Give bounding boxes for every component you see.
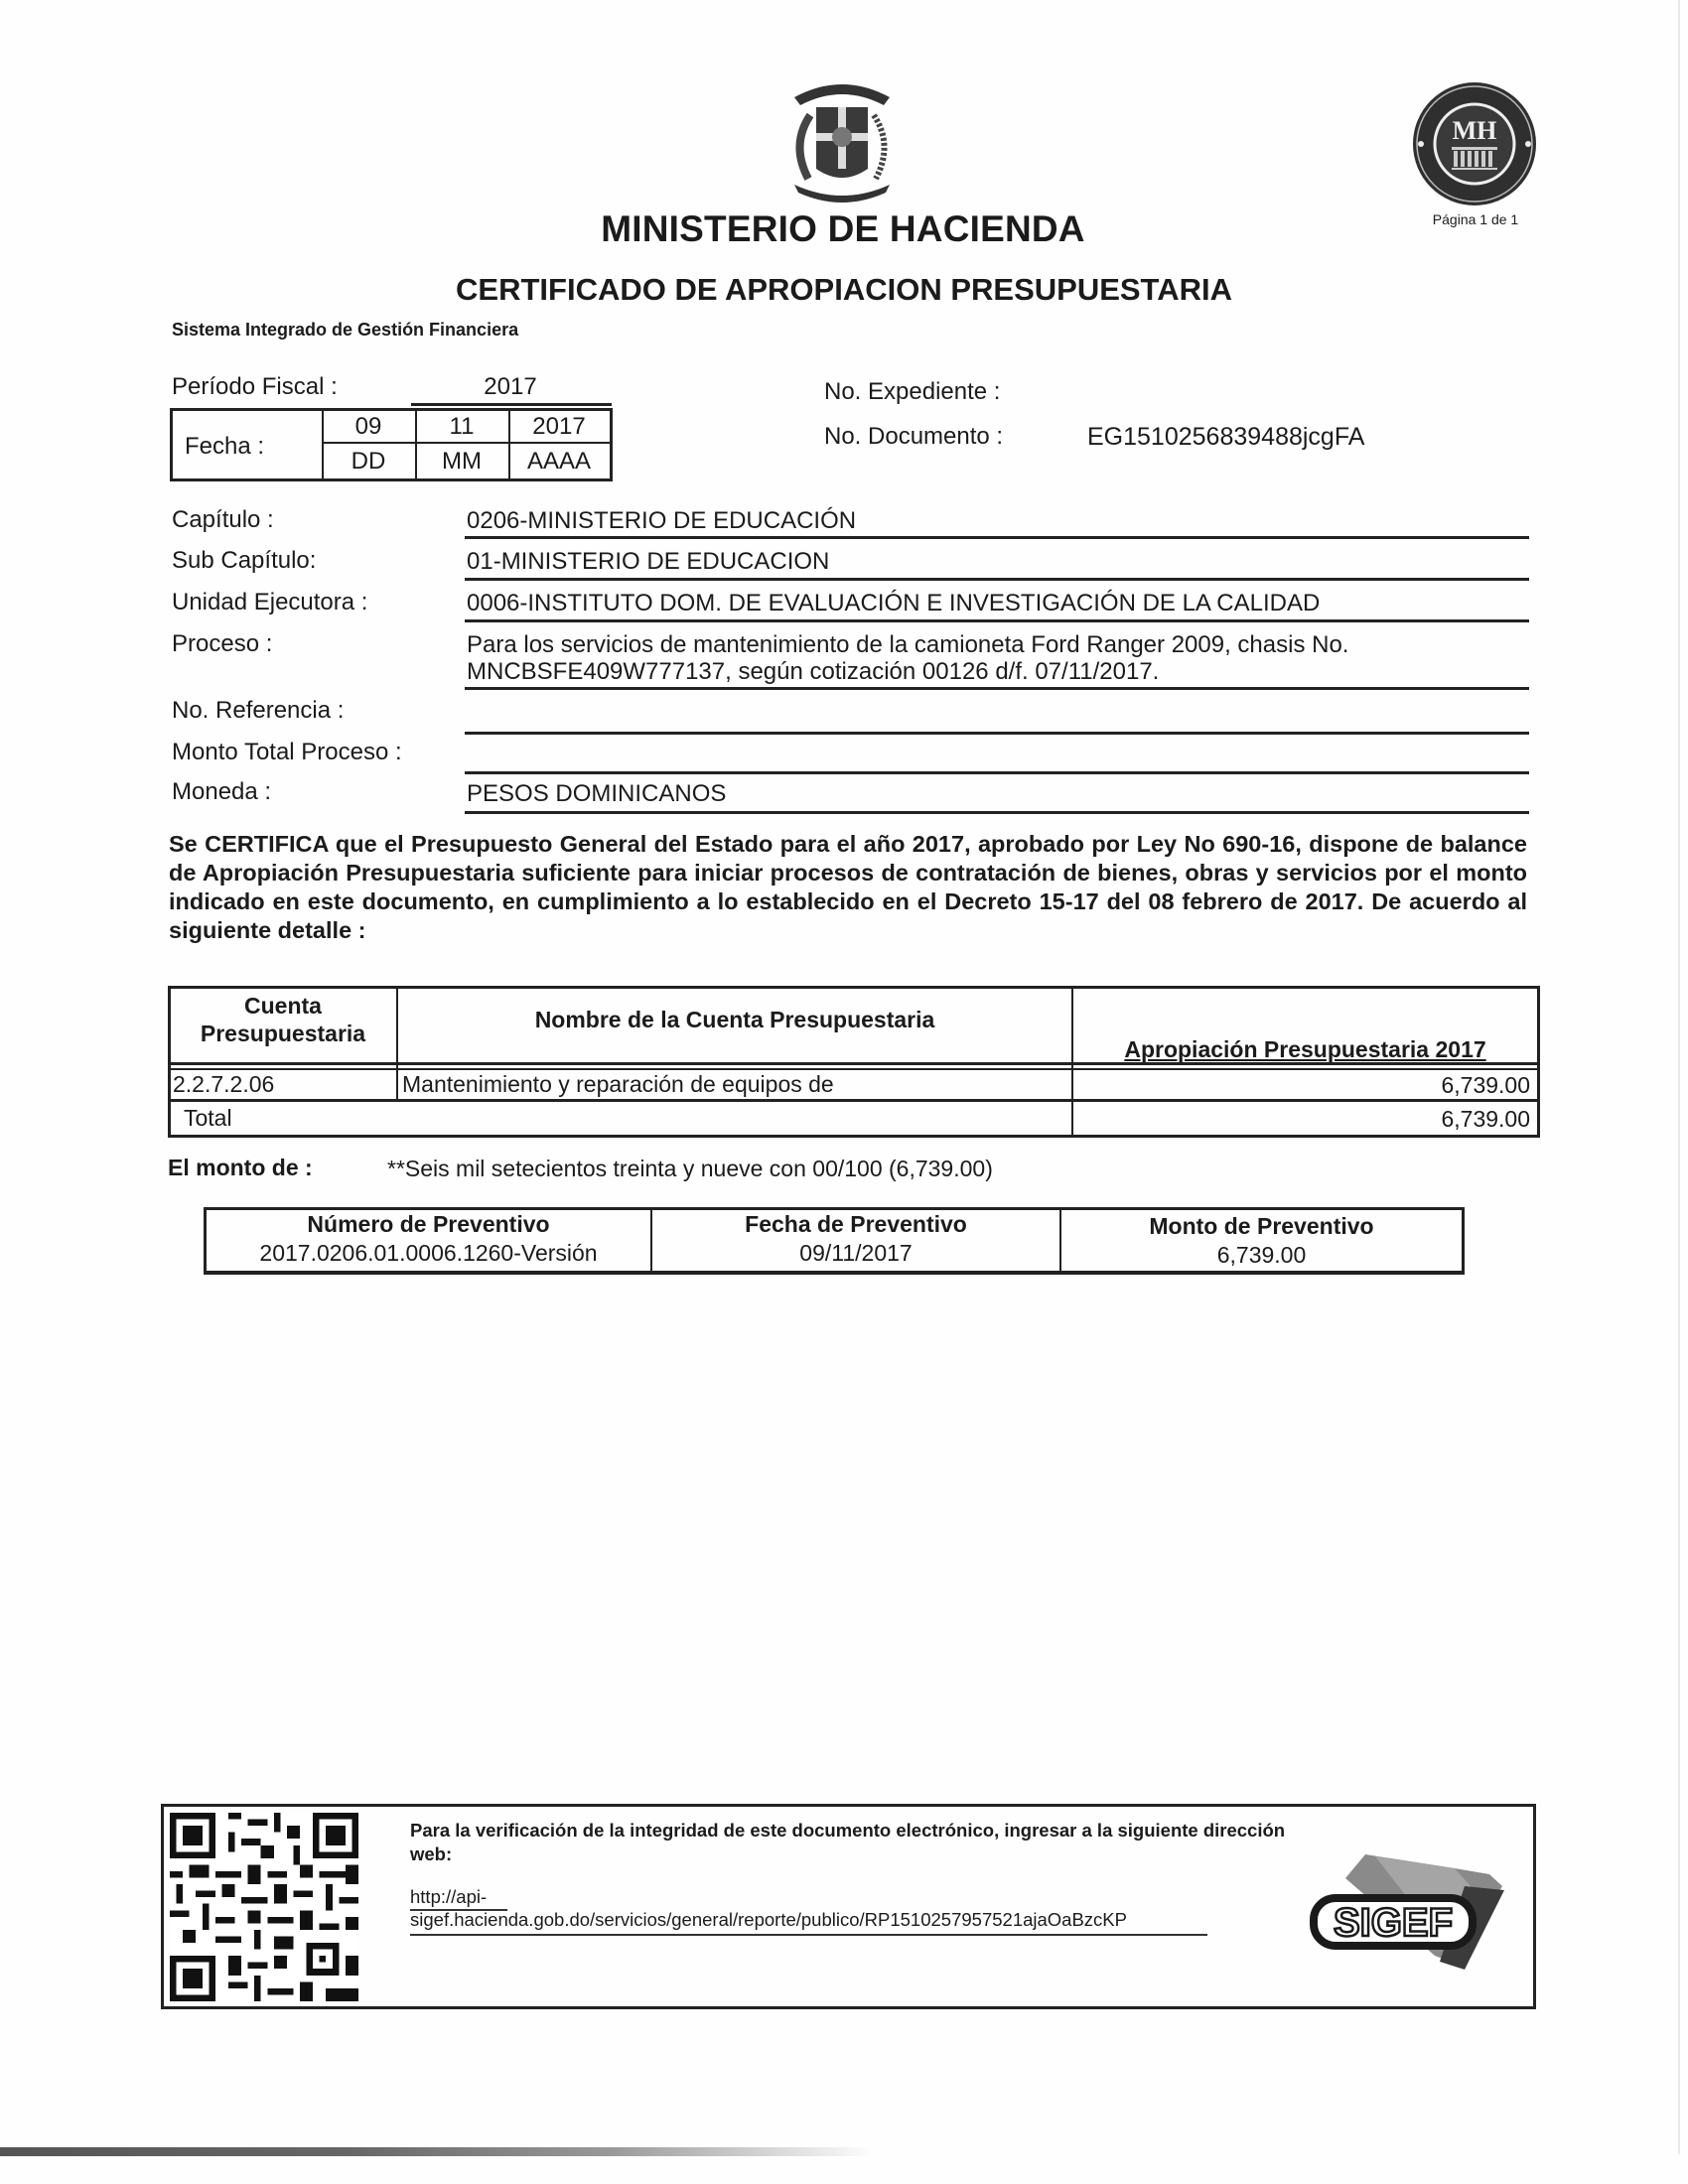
table-border	[1462, 1207, 1465, 1275]
verification-url-line1[interactable]: http://api-	[410, 1886, 487, 1908]
proceso-value-line2: MNCBSFE409W777137, según cotización 0012…	[467, 658, 1159, 686]
fiscal-period-value: 2017	[411, 373, 610, 401]
qr-code-icon[interactable]	[170, 1813, 358, 2001]
capitulo-label: Capítulo :	[172, 506, 274, 534]
table-border	[168, 1068, 1540, 1070]
proceso-label: Proceso :	[172, 630, 272, 658]
monto-total-label: Monto Total Proceso :	[172, 739, 402, 766]
referencia-underline	[465, 732, 1529, 735]
scan-right-edge	[1678, 0, 1680, 2154]
ministry-title-text: MINISTERIO DE HACIENDA	[601, 208, 1084, 250]
fiscal-period-underline	[411, 403, 612, 406]
row-monto: 6,739.00	[1073, 1072, 1530, 1099]
documento-value: EG1510256839488jcgFA	[1087, 423, 1364, 452]
date-row-divider	[322, 442, 610, 444]
date-month-hint: MM	[415, 448, 508, 476]
referencia-label: No. Referencia :	[172, 697, 344, 725]
date-label: Fecha :	[185, 433, 264, 461]
table-border	[1537, 986, 1540, 1138]
system-name: Sistema Integrado de Gestión Financiera	[172, 320, 518, 341]
date-month: 11	[415, 413, 508, 441]
sigef-logo-text: SIGEF	[1334, 1901, 1453, 1945]
monto-preventivo: 6,739.00	[1061, 1242, 1462, 1269]
row-cuenta: 2.2.7.2.06	[173, 1071, 274, 1098]
table-border	[168, 986, 1540, 989]
budget-table: Cuenta Presupuestaria Nombre de la Cuent…	[168, 986, 1540, 1141]
verification-text: Para la verificación de la integridad de…	[410, 1819, 1304, 1866]
verification-box: Para la verificación de la integridad de…	[161, 1804, 1536, 2009]
subcapitulo-underline	[465, 578, 1529, 581]
total-value: 6,739.00	[1073, 1106, 1530, 1133]
svg-text:MH: MH	[1453, 116, 1497, 145]
table-border	[204, 1207, 1465, 1210]
table-border	[168, 1099, 1540, 1102]
sigef-logo-icon: SIGEF	[1306, 1846, 1514, 1976]
documento-label: No. Documento :	[824, 423, 1003, 451]
expediente-label: No. Expediente :	[824, 378, 1000, 406]
row-nombre: Mantenimiento y reparación de equipos de	[402, 1071, 834, 1098]
header-cuenta: Cuenta Presupuestaria	[170, 992, 396, 1047]
table-border	[396, 986, 398, 1100]
amount-label: El monto de :	[168, 1155, 313, 1181]
subcapitulo-label: Sub Capítulo:	[172, 547, 316, 575]
capitulo-underline	[465, 536, 1529, 539]
date-day-hint: DD	[322, 448, 415, 476]
header-monto-preventivo: Monto de Preventivo	[1061, 1213, 1462, 1240]
amount-words: **Seis mil setecientos treinta y nueve c…	[387, 1156, 993, 1182]
numero-preventivo: 2017.0206.01.0006.1260-Versión	[207, 1240, 650, 1267]
verification-url-line2[interactable]: sigef.hacienda.gob.do/servicios/general/…	[410, 1909, 1127, 1931]
preventivo-table: Número de Preventivo Fecha de Preventivo…	[204, 1207, 1465, 1275]
table-border	[168, 1135, 1540, 1138]
header-fecha-preventivo: Fecha de Preventivo	[652, 1211, 1059, 1238]
scan-edge-shadow	[0, 2147, 874, 2156]
certificate-title: CERTIFICADO DE APROPIACION PRESUPUESTARI…	[0, 272, 1688, 308]
proceso-underline	[465, 687, 1529, 690]
monto-total-underline	[465, 771, 1529, 774]
proceso-value: Para los servicios de mantenimiento de l…	[467, 631, 1348, 659]
fecha-preventivo: 09/11/2017	[652, 1240, 1059, 1267]
unidad-ejecutora-underline	[465, 619, 1529, 622]
header-nombre: Nombre de la Cuenta Presupuestaria	[398, 1006, 1071, 1033]
coat-of-arms-icon	[776, 75, 908, 208]
ministry-seal-icon: MH	[1410, 79, 1539, 208]
table-border	[204, 1271, 1465, 1275]
date-day: 09	[322, 413, 415, 441]
certification-text: Se CERTIFICA que el Presupuesto General …	[169, 830, 1527, 945]
date-year-hint: AAAA	[508, 448, 610, 476]
subcapitulo-value: 01-MINISTERIO DE EDUCACION	[467, 548, 829, 576]
header-apropiacion: Apropiación Presupuestaria 2017	[1073, 1035, 1537, 1063]
unidad-ejecutora-value: 0006-INSTITUTO DOM. DE EVALUACIÓN E INVE…	[467, 590, 1320, 617]
total-label: Total	[184, 1105, 232, 1132]
url-underline	[410, 1934, 1207, 1936]
moneda-value: PESOS DOMINICANOS	[467, 780, 726, 808]
moneda-label: Moneda :	[172, 778, 271, 806]
capitulo-value: 0206-MINISTERIO DE EDUCACIÓN	[467, 507, 856, 535]
date-year: 2017	[508, 413, 610, 441]
unidad-ejecutora-label: Unidad Ejecutora :	[172, 589, 367, 616]
moneda-underline	[465, 811, 1529, 814]
header-numero-preventivo: Número de Preventivo	[207, 1211, 650, 1238]
page-indicator: Página 1 de 1	[1418, 211, 1533, 227]
fiscal-period-label: Período Fiscal :	[172, 373, 338, 401]
